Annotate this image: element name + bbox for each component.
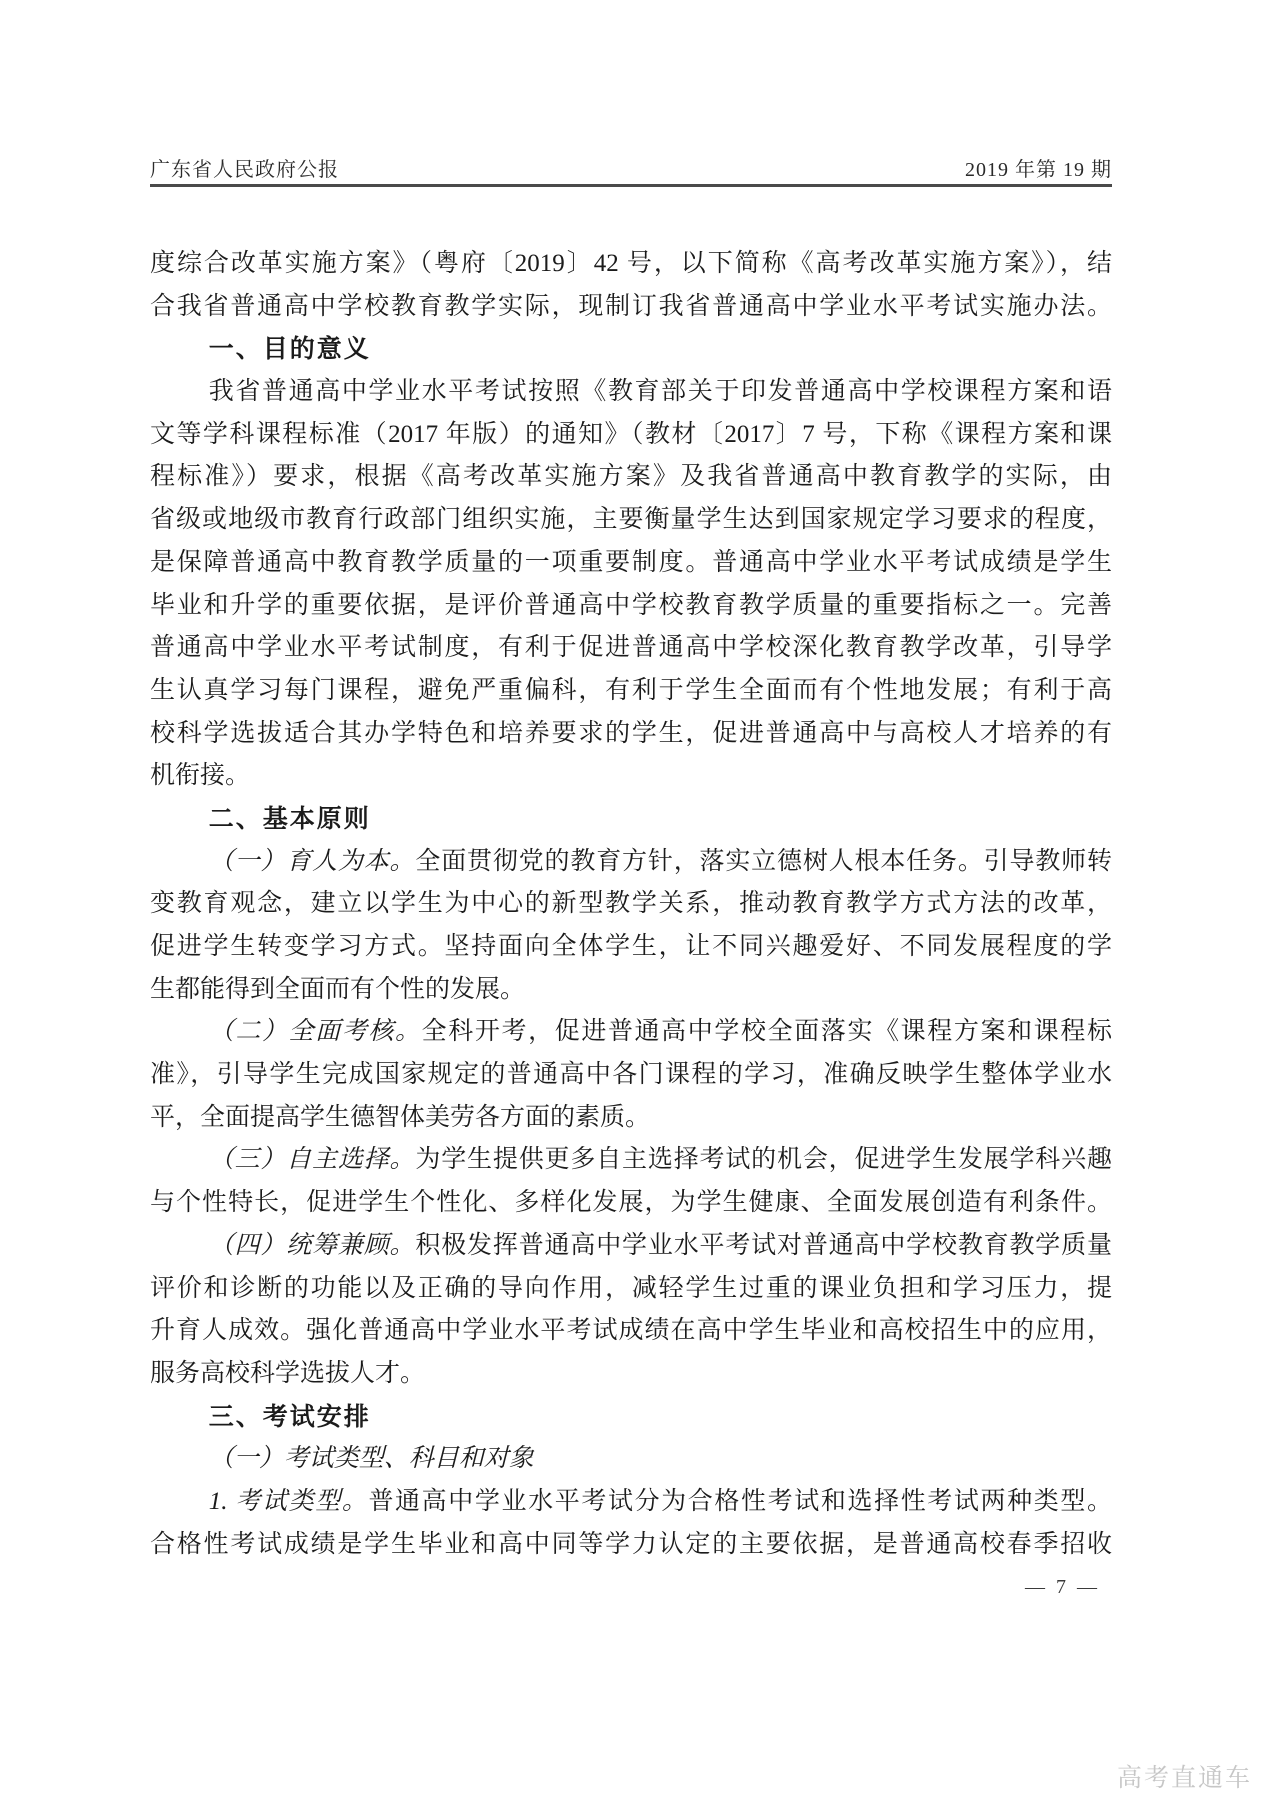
page-header: 广东省人民政府公报 2019 年第 19 期 bbox=[150, 156, 1112, 182]
text-line: 度综合改革实施方案》（粤府〔2019〕42 号，以下简称《高考改革实施方案》），… bbox=[150, 243, 1112, 286]
text-line: 程标准》）要求，根据《高考改革实施方案》及我省普通高中教育教学的实际，由 bbox=[150, 456, 1112, 499]
line-rest: 全科开考，促进普通高中学校全面落实《课程方案和课程标 bbox=[422, 1018, 1112, 1045]
subsection-heading: （一）考试类型、科目和对象 bbox=[150, 1438, 1112, 1481]
text-line: （四）统筹兼顾。积极发挥普通高中学业水平考试对普通高中学校教育教学质量 bbox=[150, 1225, 1112, 1268]
text-line: （一）育人为本。全面贯彻党的教育方针，落实立德树人根本任务。引导教师转 bbox=[150, 841, 1112, 884]
text-line: 合格性考试成绩是学生毕业和高中同等学力认定的主要依据，是普通高校春季招收 bbox=[150, 1524, 1112, 1567]
text-line: 文等学科课程标准（2017 年版）的通知》（教材〔2017〕7 号，下称《课程方… bbox=[150, 414, 1112, 457]
text-line: 省级或地级市教育行政部门组织实施，主要衡量学生达到国家规定学习要求的程度， bbox=[150, 499, 1112, 542]
header-publication-title: 广东省人民政府公报 bbox=[150, 153, 339, 182]
text-line: 服务高校科学选拔人才。 bbox=[150, 1353, 1112, 1396]
text-line: 平，全面提高学生德智体美劳各方面的素质。 bbox=[150, 1097, 1112, 1140]
text-line: 生都能得到全面而有个性的发展。 bbox=[150, 969, 1112, 1012]
text-line: 促进学生转变学习方式。坚持面向全体学生，让不同兴趣爱好、不同发展程度的学 bbox=[150, 926, 1112, 969]
text-line: 评价和诊断的功能以及正确的导向作用，减轻学生过重的课业负担和学习压力，提 bbox=[150, 1268, 1112, 1311]
term-kai: （一）育人为本。 bbox=[209, 848, 416, 875]
text-line: 1. 考试类型。普通高中学业水平考试分为合格性考试和选择性考试两种类型。 bbox=[150, 1481, 1112, 1524]
section-heading: 一、目的意义 bbox=[150, 328, 1112, 371]
text-line: 机衔接。 bbox=[150, 755, 1112, 798]
section-heading: 三、考试安排 bbox=[150, 1396, 1112, 1439]
line-rest: 为学生提供更多自主选择考试的机会，促进学生发展学科兴趣 bbox=[415, 1146, 1112, 1173]
watermark: 高考直通车 bbox=[1117, 1758, 1252, 1794]
term-kai: （四）统筹兼顾。 bbox=[209, 1232, 416, 1259]
text-line: 变教育观念，建立以学生为中心的新型教学关系，推动教育教学方式方法的改革， bbox=[150, 883, 1112, 926]
line-rest: 全面贯彻党的教育方针，落实立德树人根本任务。引导教师转 bbox=[415, 848, 1112, 875]
page-number: — 7 — bbox=[1025, 1576, 1100, 1599]
text-line: 合我省普通高中学校教育教学实际，现制订我省普通高中学业水平考试实施办法。 bbox=[150, 286, 1112, 329]
document-body: 度综合改革实施方案》（粤府〔2019〕42 号，以下简称《高考改革实施方案》），… bbox=[150, 243, 1112, 1566]
text-line: 准》，引导学生完成国家规定的普通高中各门课程的学习，准确反映学生整体学业水 bbox=[150, 1054, 1112, 1097]
text-line: （三）自主选择。为学生提供更多自主选择考试的机会，促进学生发展学科兴趣 bbox=[150, 1139, 1112, 1182]
header-issue-label: 2019 年第 19 期 bbox=[965, 153, 1112, 182]
text-line: 我省普通高中学业水平考试按照《教育部关于印发普通高中学校课程方案和语 bbox=[150, 371, 1112, 414]
term-kai: （二）全面考核。 bbox=[209, 1018, 422, 1045]
text-line: 与个性特长，促进学生个性化、多样化发展，为学生健康、全面发展创造有利条件。 bbox=[150, 1182, 1112, 1225]
text-line: （二）全面考核。全科开考，促进普通高中学校全面落实《课程方案和课程标 bbox=[150, 1011, 1112, 1054]
text-line: 普通高中学业水平考试制度，有利于促进普通高中学校深化教育教学改革，引导学 bbox=[150, 627, 1112, 670]
section-heading: 二、基本原则 bbox=[150, 798, 1112, 841]
text-line: 校科学选拔适合其办学特色和培养要求的学生，促进普通高中与高校人才培养的有 bbox=[150, 713, 1112, 756]
text-line: 升育人成效。强化普通高中学业水平考试成绩在高中学生毕业和高校招生中的应用， bbox=[150, 1310, 1112, 1353]
line-rest: 积极发挥普通高中学业水平考试对普通高中学校教育教学质量 bbox=[415, 1232, 1112, 1259]
text-line: 生认真学习每门课程，避免严重偏科，有利于学生全面而有个性地发展；有利于高 bbox=[150, 670, 1112, 713]
header-rule bbox=[150, 184, 1112, 187]
gazette-page: 广东省人民政府公报 2019 年第 19 期 度综合改革实施方案》（粤府〔201… bbox=[0, 0, 1280, 1810]
line-rest: 普通高中学业水平考试分为合格性考试和选择性考试两种类型。 bbox=[368, 1488, 1112, 1515]
term-kai: 1. 考试类型。 bbox=[209, 1488, 369, 1515]
text-line: 毕业和升学的重要依据，是评价普通高中学校教育教学质量的重要指标之一。完善 bbox=[150, 585, 1112, 628]
text-line: 是保障普通高中教育教学质量的一项重要制度。普通高中学业水平考试成绩是学生 bbox=[150, 542, 1112, 585]
term-kai: （三）自主选择。 bbox=[209, 1146, 416, 1173]
